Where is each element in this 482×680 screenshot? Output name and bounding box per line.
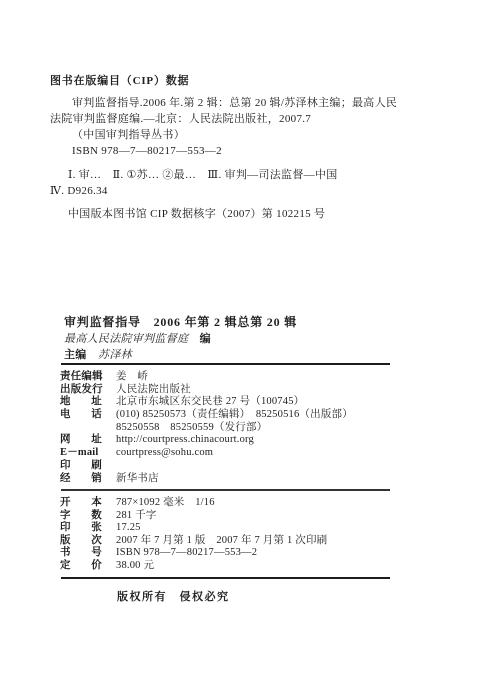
cip-isbn-line: ISBN 978—7—80217—553—2 bbox=[50, 144, 222, 159]
print-row-value: ISBN 978—7—80217—553—2 bbox=[116, 547, 257, 560]
print-row-sheets: 印 张17.25 bbox=[60, 522, 400, 535]
publisher-row-address: 地 址北京市东城区东交民巷 27 号（100745） bbox=[60, 396, 400, 409]
publisher-row-label: 经 销 bbox=[60, 473, 102, 486]
editor-suffix: 编 bbox=[200, 333, 211, 345]
print-row-label: 定 价 bbox=[60, 560, 102, 573]
publisher-info-block: 责任编辑姜 峤 出版发行人民法院出版社 地 址北京市东城区东交民巷 27 号（1… bbox=[60, 371, 400, 485]
book-title: 审判监督指导 2006 年第 2 辑总第 20 辑 bbox=[64, 315, 297, 330]
publisher-row-value: 北京市东城区东交民巷 27 号（100745） bbox=[116, 396, 304, 409]
chief-editor-name: 苏泽林 bbox=[98, 349, 132, 361]
publisher-row-phone-cont: 85250558 85250559（发行部） bbox=[60, 422, 400, 435]
publisher-row-value: http://courtpress.chinacourt.org bbox=[116, 434, 254, 447]
print-row-edition: 版 次2007 年 7 月第 1 版 2007 年 7 月第 1 次印刷 bbox=[60, 535, 400, 548]
publisher-row-website: 网 址http://courtpress.chinacourt.org bbox=[60, 434, 400, 447]
print-row-wordcount: 字 数281 千字 bbox=[60, 510, 400, 523]
print-info-block: 开 本787×1092 毫米 1/16 字 数281 千字 印 张17.25 版… bbox=[60, 497, 400, 573]
publisher-row-value: courtpress@sohu.com bbox=[116, 447, 213, 460]
cip-registry-line: 中国版本图书馆 CIP 数据核字（2007）第 102215 号 bbox=[50, 207, 325, 222]
publisher-row-publisher: 出版发行人民法院出版社 bbox=[60, 384, 400, 397]
editor-org-line: 最高人民法院审判监督庭 编 bbox=[64, 332, 211, 347]
publisher-row-distribution: 经 销新华书店 bbox=[60, 473, 400, 486]
print-row-price: 定 价38.00 元 bbox=[60, 560, 400, 573]
publisher-row-label: 责任编辑 bbox=[60, 371, 102, 384]
print-row-label: 版 次 bbox=[60, 535, 102, 548]
publisher-row-label: 电 话 bbox=[60, 409, 102, 422]
cip-series-note: （中国审判指导丛书） bbox=[50, 128, 185, 143]
divider-rule-bottom bbox=[61, 577, 390, 579]
publisher-row-value: (010) 85250573（责任编辑） 85250516（出版部） bbox=[116, 409, 353, 422]
spacer bbox=[87, 349, 98, 361]
divider-rule-top bbox=[61, 363, 390, 365]
spacer bbox=[188, 333, 199, 345]
publisher-row-email: E－mailcourtpress@sohu.com bbox=[60, 447, 400, 460]
publisher-row-label: E－mail bbox=[60, 447, 102, 460]
publisher-row-label: 印 刷 bbox=[60, 460, 102, 473]
print-row-value: 2007 年 7 月第 1 版 2007 年 7 月第 1 次印刷 bbox=[116, 535, 327, 548]
chief-editor-line: 主编 苏泽林 bbox=[64, 348, 132, 363]
print-row-label: 印 张 bbox=[60, 522, 102, 535]
publisher-row-printing: 印 刷 bbox=[60, 460, 400, 473]
publisher-row-phone: 电 话(010) 85250573（责任编辑） 85250516（出版部） bbox=[60, 409, 400, 422]
publisher-row-editor: 责任编辑姜 峤 bbox=[60, 371, 400, 384]
cip-description-line-2: 法院审判监督庭编.—北京：人民法院出版社，2007.7 bbox=[50, 112, 311, 127]
publisher-row-value: 姜 峤 bbox=[116, 371, 148, 384]
publisher-row-value: 85250558 85250559（发行部） bbox=[116, 422, 267, 435]
print-row-label: 字 数 bbox=[60, 510, 102, 523]
chief-editor-label: 主编 bbox=[64, 349, 87, 361]
print-row-isbn: 书 号ISBN 978—7—80217—553—2 bbox=[60, 547, 400, 560]
print-row-value: 38.00 元 bbox=[116, 560, 154, 573]
cip-heading: 图书在版编目（CIP）数据 bbox=[50, 74, 189, 89]
print-row-label: 书 号 bbox=[60, 547, 102, 560]
copyright-page: 图书在版编目（CIP）数据 审判监督指导.2006 年.第 2 辑：总第 20 … bbox=[0, 0, 482, 680]
print-row-label: 开 本 bbox=[60, 497, 102, 510]
print-row-value: 787×1092 毫米 1/16 bbox=[116, 497, 215, 510]
publisher-row-value: 人民法院出版社 bbox=[116, 384, 191, 397]
cip-classification-line-2: Ⅳ. D926.34 bbox=[50, 184, 108, 199]
editor-org: 最高人民法院审判监督庭 bbox=[64, 333, 188, 345]
cip-classification-line-1: Ⅰ. 审… Ⅱ. ①苏… ②最… Ⅲ. 审判—司法监督—中国 bbox=[50, 168, 338, 183]
publisher-row-label: 网 址 bbox=[60, 434, 102, 447]
publisher-row-value: 新华书店 bbox=[116, 473, 159, 486]
cip-description-line-1: 审判监督指导.2006 年.第 2 辑：总第 20 辑/苏泽林主编；最高人民 bbox=[50, 96, 397, 111]
divider-rule-middle bbox=[61, 489, 390, 491]
print-row-value: 17.25 bbox=[116, 522, 141, 535]
publisher-row-label: 地 址 bbox=[60, 396, 102, 409]
publisher-row-label: 出版发行 bbox=[60, 384, 102, 397]
print-row-value: 281 千字 bbox=[116, 510, 157, 523]
copyright-notice: 版权所有 侵权必究 bbox=[117, 588, 230, 604]
print-row-format: 开 本787×1092 毫米 1/16 bbox=[60, 497, 400, 510]
